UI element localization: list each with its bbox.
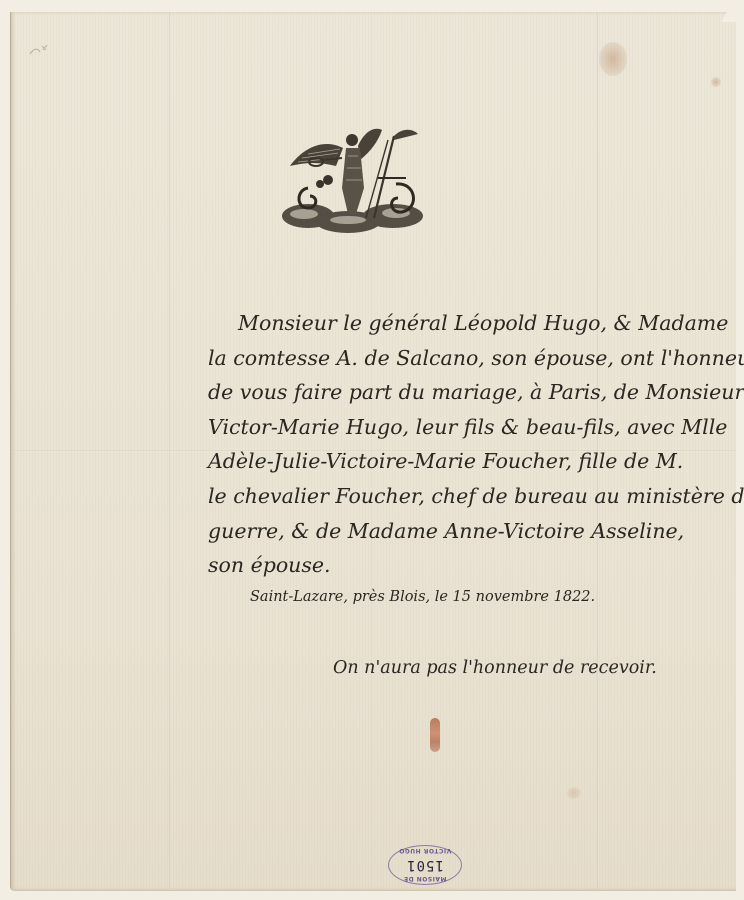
pencil-mark-icon <box>28 40 50 60</box>
stamp-ring-text-top: MAISON DE <box>389 875 461 882</box>
collection-stamp: MAISON DE 1501 VICTOR HUGO <box>388 845 462 885</box>
body-line: le chevalier Foucher, chef de bureau au … <box>208 479 640 514</box>
body-line: la comtesse A. de Salcano, son épouse, o… <box>208 341 640 376</box>
announcement-body: Monsieur le général Léopold Hugo, & Mada… <box>208 306 640 583</box>
document-viewer: Monsieur le général Léopold Hugo, & Mada… <box>0 0 744 900</box>
body-line: son épouse. <box>208 548 640 583</box>
reception-notice: On n'aura pas l'honneur de recevoir. <box>333 658 657 678</box>
stamp-ring-text-bottom: VICTOR HUGO <box>389 847 461 854</box>
monogram-vignette-icon <box>278 118 428 236</box>
body-line: Monsieur le général Léopold Hugo, & Mada… <box>208 306 640 341</box>
foxing-stain <box>567 787 581 799</box>
body-line: Victor-Marie Hugo, leur fils & beau-fils… <box>208 410 640 445</box>
foxing-stain <box>711 77 721 87</box>
body-line: guerre, & de Madame Anne-Victoire Asseli… <box>208 514 640 549</box>
stamp-number: 1501 <box>389 857 461 873</box>
foxing-stain <box>599 42 627 76</box>
dateline: Saint-Lazare, près Blois, le 15 novembre… <box>250 589 595 605</box>
body-line: de vous faire part du mariage, à Paris, … <box>208 375 640 410</box>
body-line: Adèle-Julie-Victoire-Marie Foucher, fill… <box>208 444 640 479</box>
wax-seal-mark <box>430 718 440 752</box>
